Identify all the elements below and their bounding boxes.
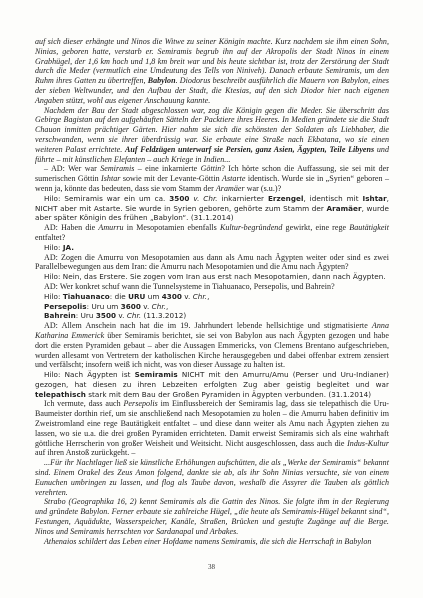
paragraph-p2: Nachdem der Bau der Stadt abgeschlossen …: [35, 106, 389, 165]
paragraph-p12: Bahrein: Uru 3500 v. Chr. (11.3.2012): [35, 311, 389, 321]
paragraph-p5: AD: Haben die Amurru in Mesopotamien ebe…: [35, 223, 389, 243]
text-segment: Strabo (Geographika 16, 2) kennt Semiram…: [35, 497, 389, 535]
text-segment: Bahrein: [44, 311, 76, 320]
text-segment: 3600: [121, 302, 141, 311]
text-segment: Bautätigkeit: [349, 223, 389, 232]
text-segment: Chr.: [193, 292, 207, 301]
text-segment: Athenaios schildert das Leben einer Hofd…: [44, 537, 371, 546]
text-segment: Persepolis: [44, 302, 87, 311]
page-number: 38: [208, 563, 215, 571]
text-segment: URU: [128, 292, 145, 301]
paragraph-p18: Athenaios schildert das Leben einer Hofd…: [35, 537, 389, 547]
text-segment: inkarnierter: [218, 194, 268, 203]
text-segment: 4300: [162, 292, 182, 301]
text-segment: ,: [207, 292, 209, 301]
text-segment: Göttin: [201, 164, 222, 173]
text-segment: JA.: [63, 243, 74, 252]
text-segment: Aramäer: [326, 204, 361, 213]
text-segment: Ishtar: [101, 174, 120, 183]
text-segment: v.: [182, 292, 193, 301]
text-segment: : die: [110, 292, 128, 301]
text-segment: AD: Haben die: [44, 223, 98, 232]
paragraph-p4: Hilo: Semiramis war ein um ca. 3500 v. C…: [35, 194, 389, 223]
document-page: auf sich dieser erhängte und Ninos die W…: [0, 0, 423, 598]
text-segment: 3500: [169, 194, 189, 203]
text-segment: Tiahuanaco: [63, 292, 110, 301]
text-segment: Semiramis: [100, 164, 134, 173]
text-segment: gewirkt, eine rege: [282, 223, 349, 232]
text-segment: Kultur-begründend: [220, 223, 282, 232]
text-segment: , identisch mit: [303, 194, 362, 203]
text-segment: v.: [141, 302, 152, 311]
text-segment: AD: Wer konkret schuf wann die Tunnelsys…: [44, 282, 335, 291]
paragraph-p6: Hilo: JA.: [35, 243, 389, 253]
text-segment: Astarte: [222, 174, 245, 183]
text-segment: in Mesopotamien ebenfalls: [124, 223, 220, 232]
paragraph-p1: auf sich dieser erhängte und Ninos die W…: [35, 37, 389, 106]
paragraph-p11: Persepolis: Uru um 3600 v. Chr.,: [35, 302, 389, 312]
text-segment: war (s.u.)?: [245, 184, 282, 193]
paragraph-p7: AD: Zogen die Amurru von Mesopotamien au…: [35, 253, 389, 273]
text-segment: 3500: [96, 311, 116, 320]
text-segment: – AD: Wer war: [44, 164, 100, 173]
text-segment: Babylon: [148, 76, 176, 85]
text-segment: v.: [116, 311, 127, 320]
paragraph-p8: Hilo: Nein, das Erstere. Sie zogen vom I…: [35, 272, 389, 282]
text-segment: Semiramis: [135, 370, 178, 379]
paragraph-p17: Strabo (Geographika 16, 2) kennt Semiram…: [35, 497, 389, 536]
text-segment: Hilo: Nein, das Erstere. Sie zogen vom I…: [44, 272, 386, 281]
paragraph-p14: Hilo: Nach Ägypten ist Semiramis NICHT m…: [35, 370, 389, 399]
text-segment: Ich vermute, dass auch: [44, 399, 124, 408]
paragraph-p3: – AD: Wer war Semiramis – eine inkarnier…: [35, 164, 389, 193]
text-segment: – eine inkarnierte: [134, 164, 200, 173]
text-segment: v. Chr.: [189, 194, 217, 203]
text-segment: Chr.: [152, 302, 166, 311]
text-segment: : Uru um: [87, 302, 121, 311]
text-segment: Persepolis: [124, 399, 158, 408]
text-segment: Erzengel: [268, 194, 304, 203]
text-segment: Hilo: Semiramis war ein um ca.: [44, 194, 169, 203]
paragraph-p16: ...Für ihr Nachtlager ließ sie künstlich…: [35, 458, 389, 497]
text-segment: stark mit dem Bau der Großen Pyramiden i…: [86, 390, 371, 399]
text-segment: : Uru: [76, 311, 96, 320]
text-body: auf sich dieser erhängte und Ninos die W…: [35, 37, 389, 546]
text-segment: Amurru: [98, 223, 123, 232]
paragraph-p15: Ich vermute, dass auch Persepolis im Ein…: [35, 399, 389, 458]
text-segment: AD: Zogen die Amurru von Mesopotamien au…: [35, 253, 389, 272]
paragraph-p9: AD: Wer konkret schuf wann die Tunnelsys…: [35, 282, 389, 292]
text-segment: Hilo: Nach Ägypten ist: [44, 370, 135, 379]
text-segment: Hilo:: [44, 292, 63, 301]
text-segment: (11.3.2012): [141, 311, 186, 320]
text-segment: sowie mit der Levante-Göttin: [120, 174, 222, 183]
text-segment: auf ihren Anstoß zurückgeht. –: [35, 448, 135, 457]
text-segment: Indus-Kultur: [347, 439, 389, 448]
text-segment: Chr.: [127, 311, 141, 320]
text-segment: AD: Allem Anschein nach hat die im 19. J…: [44, 321, 372, 330]
text-segment: um: [145, 292, 161, 301]
text-segment: telepathisch: [35, 390, 86, 399]
text-segment: Hilo:: [44, 243, 63, 252]
text-segment: Aramäer: [216, 184, 245, 193]
text-segment: entfaltet?: [35, 233, 65, 242]
text-segment: Auf Feldzügen unterwarf sie Persien, gan…: [125, 145, 374, 154]
text-segment: ,: [166, 302, 168, 311]
text-segment: ...Für ihr Nachtlager ließ sie künstlich…: [35, 458, 389, 496]
paragraph-p13: AD: Allem Anschein nach hat die im 19. J…: [35, 321, 389, 370]
paragraph-p10: Hilo: Tiahuanaco: die URU um 4300 v. Chr…: [35, 292, 389, 302]
text-segment: Ishtar: [362, 194, 386, 203]
page-footer: 38: [0, 556, 423, 574]
